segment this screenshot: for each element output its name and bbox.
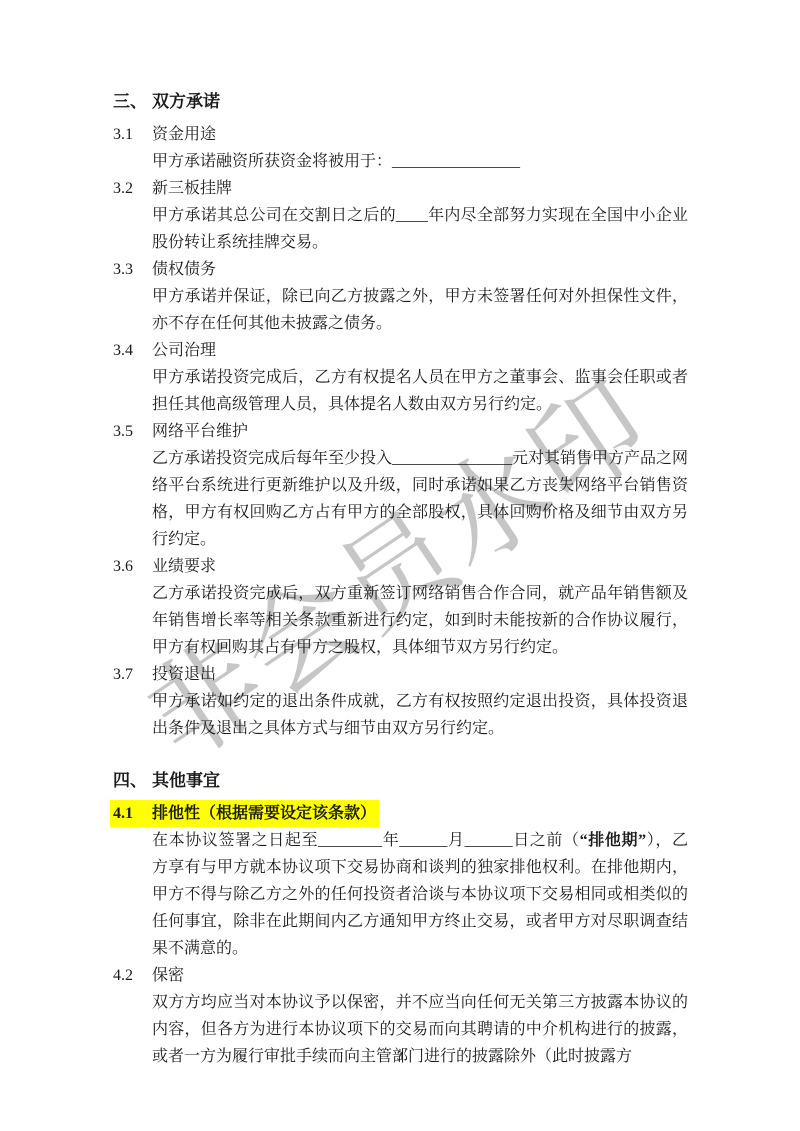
section-heading: 四、其他事宜 bbox=[113, 767, 800, 795]
text-run: 甲方承诺融资所获资金将被用于：________________ bbox=[152, 153, 520, 170]
clause-number: 3.2 bbox=[113, 175, 152, 202]
clause-title: 公司治理 bbox=[152, 342, 216, 359]
clause-paragraph: 乙方承诺投资完成后，双方重新签订网络销售合作合同，就产品年销售额及年销售增长率等… bbox=[152, 580, 688, 661]
clause-body: 甲方承诺融资所获资金将被用于：________________ bbox=[0, 148, 800, 175]
section-heading: 三、双方承诺 bbox=[113, 88, 800, 116]
text-run: 在本协议签署之日起至________年______月______日之前（ bbox=[152, 832, 580, 849]
clause-heading-row: 4.1排他性（根据需要设定该条款） bbox=[113, 800, 800, 827]
section-number: 三、 bbox=[113, 88, 152, 116]
clause-heading-row: 3.6业绩要求 bbox=[113, 553, 800, 580]
clause-heading-row: 3.1资金用途 bbox=[113, 121, 800, 148]
clause-heading: 3.3债权债务 bbox=[113, 256, 216, 283]
section: 三、双方承诺3.1资金用途甲方承诺融资所获资金将被用于：____________… bbox=[0, 88, 800, 742]
clause-heading-row: 4.2保密 bbox=[113, 962, 800, 989]
clause-heading-row: 3.4公司治理 bbox=[113, 337, 800, 364]
clause-number: 4.2 bbox=[113, 962, 152, 989]
section-title: 其他事宜 bbox=[152, 771, 220, 790]
clause-paragraph: 乙方承诺投资完成后每年至少投入_______________元对其销售甲方产品之… bbox=[152, 445, 688, 553]
clause-body: 乙方承诺投资完成后每年至少投入_______________元对其销售甲方产品之… bbox=[0, 445, 800, 553]
page-number: 3 bbox=[0, 1047, 800, 1065]
section-number: 四、 bbox=[113, 767, 152, 795]
text-run: 乙方承诺投资完成后每年至少投入_______________元对其销售甲方产品之… bbox=[152, 450, 688, 548]
clause-paragraph: 甲方承诺其总公司在交割日之后的____年内尽全部努力实现在全国中小企业股份转让系… bbox=[152, 202, 688, 256]
clause-title: 保密 bbox=[152, 967, 184, 984]
clause-title: 排他性（根据需要设定该条款） bbox=[152, 805, 376, 822]
clause-body: 乙方承诺投资完成后，双方重新签订网络销售合作合同，就产品年销售额及年销售增长率等… bbox=[0, 580, 800, 661]
clause-title: 债权债务 bbox=[152, 261, 216, 278]
text-run: 甲方承诺其总公司在交割日之后的____年内尽全部努力实现在全国中小企业股份转让系… bbox=[152, 207, 688, 251]
clause-body: 甲方承诺如约定的退出条件成就，乙方有权按照约定退出投资，具体投资退出条件及退出之… bbox=[0, 688, 800, 742]
clause-heading: 3.7投资退出 bbox=[113, 661, 216, 688]
bold-text-run: “排他期” bbox=[580, 832, 646, 849]
clause-heading: 3.6业绩要求 bbox=[113, 553, 216, 580]
clause-paragraph: 甲方承诺融资所获资金将被用于：________________ bbox=[152, 148, 688, 175]
clause-number: 4.1 bbox=[113, 800, 152, 827]
clause-heading: 4.2保密 bbox=[113, 962, 184, 989]
clause-heading: 3.4公司治理 bbox=[113, 337, 216, 364]
clause-heading-row: 3.2新三板挂牌 bbox=[113, 175, 800, 202]
clause-heading: 3.1资金用途 bbox=[113, 121, 216, 148]
clause-paragraph: 甲方承诺并保证，除已向乙方披露之外，甲方未签署任何对外担保性文件，亦不存在任何其… bbox=[152, 283, 688, 337]
clause-paragraph: 甲方承诺如约定的退出条件成就，乙方有权按照约定退出投资，具体投资退出条件及退出之… bbox=[152, 688, 688, 742]
clause-body: 甲方承诺投资完成后，乙方有权提名人员在甲方之董事会、监事会任职或者担任其他高级管… bbox=[0, 364, 800, 418]
clause-paragraph: 在本协议签署之日起至________年______月______日之前（“排他期… bbox=[152, 827, 688, 962]
clause-paragraph: 甲方承诺投资完成后，乙方有权提名人员在甲方之董事会、监事会任职或者担任其他高级管… bbox=[152, 364, 688, 418]
clause-heading: 3.5网络平台维护 bbox=[113, 418, 248, 445]
document-page: 非会员水印 三、双方承诺3.1资金用途甲方承诺融资所获资金将被用于：______… bbox=[0, 0, 800, 1131]
clause-title: 业绩要求 bbox=[152, 558, 216, 575]
clause-number: 3.6 bbox=[113, 553, 152, 580]
highlighted-clause-heading: 4.1排他性（根据需要设定该条款） bbox=[110, 800, 379, 827]
clause-body: 甲方承诺并保证，除已向乙方披露之外，甲方未签署任何对外担保性文件，亦不存在任何其… bbox=[0, 283, 800, 337]
clause-title: 投资退出 bbox=[152, 666, 216, 683]
clause-number: 3.3 bbox=[113, 256, 152, 283]
clause-heading-row: 3.3债权债务 bbox=[113, 256, 800, 283]
clause-body: 甲方承诺其总公司在交割日之后的____年内尽全部努力实现在全国中小企业股份转让系… bbox=[0, 202, 800, 256]
section: 四、其他事宜4.1排他性（根据需要设定该条款）在本协议签署之日起至_______… bbox=[0, 767, 800, 1070]
clause-number: 3.1 bbox=[113, 121, 152, 148]
clause-number: 3.7 bbox=[113, 661, 152, 688]
clause-number: 3.4 bbox=[113, 337, 152, 364]
clause-body: 在本协议签署之日起至________年______月______日之前（“排他期… bbox=[0, 827, 800, 962]
text-run: 甲方承诺如约定的退出条件成就，乙方有权按照约定退出投资，具体投资退出条件及退出之… bbox=[152, 693, 688, 737]
clause-number: 3.5 bbox=[113, 418, 152, 445]
text-run: ），乙方享有与甲方就本协议项下交易协商和谈判的独家排他权利。在排他期内，甲方不得… bbox=[152, 832, 688, 957]
clause-heading-row: 3.7投资退出 bbox=[113, 661, 800, 688]
text-run: 甲方承诺投资完成后，乙方有权提名人员在甲方之董事会、监事会任职或者担任其他高级管… bbox=[152, 369, 688, 413]
document-content: 三、双方承诺3.1资金用途甲方承诺融资所获资金将被用于：____________… bbox=[0, 88, 800, 1070]
clause-heading-row: 3.5网络平台维护 bbox=[113, 418, 800, 445]
text-run: 甲方承诺并保证，除已向乙方披露之外，甲方未签署任何对外担保性文件，亦不存在任何其… bbox=[152, 288, 688, 332]
text-run: 乙方承诺投资完成后，双方重新签订网络销售合作合同，就产品年销售额及年销售增长率等… bbox=[152, 585, 688, 656]
section-title: 双方承诺 bbox=[152, 92, 220, 111]
clause-heading: 3.2新三板挂牌 bbox=[113, 175, 232, 202]
clause-title: 网络平台维护 bbox=[152, 423, 248, 440]
clause-title: 资金用途 bbox=[152, 126, 216, 143]
clause-title: 新三板挂牌 bbox=[152, 180, 232, 197]
